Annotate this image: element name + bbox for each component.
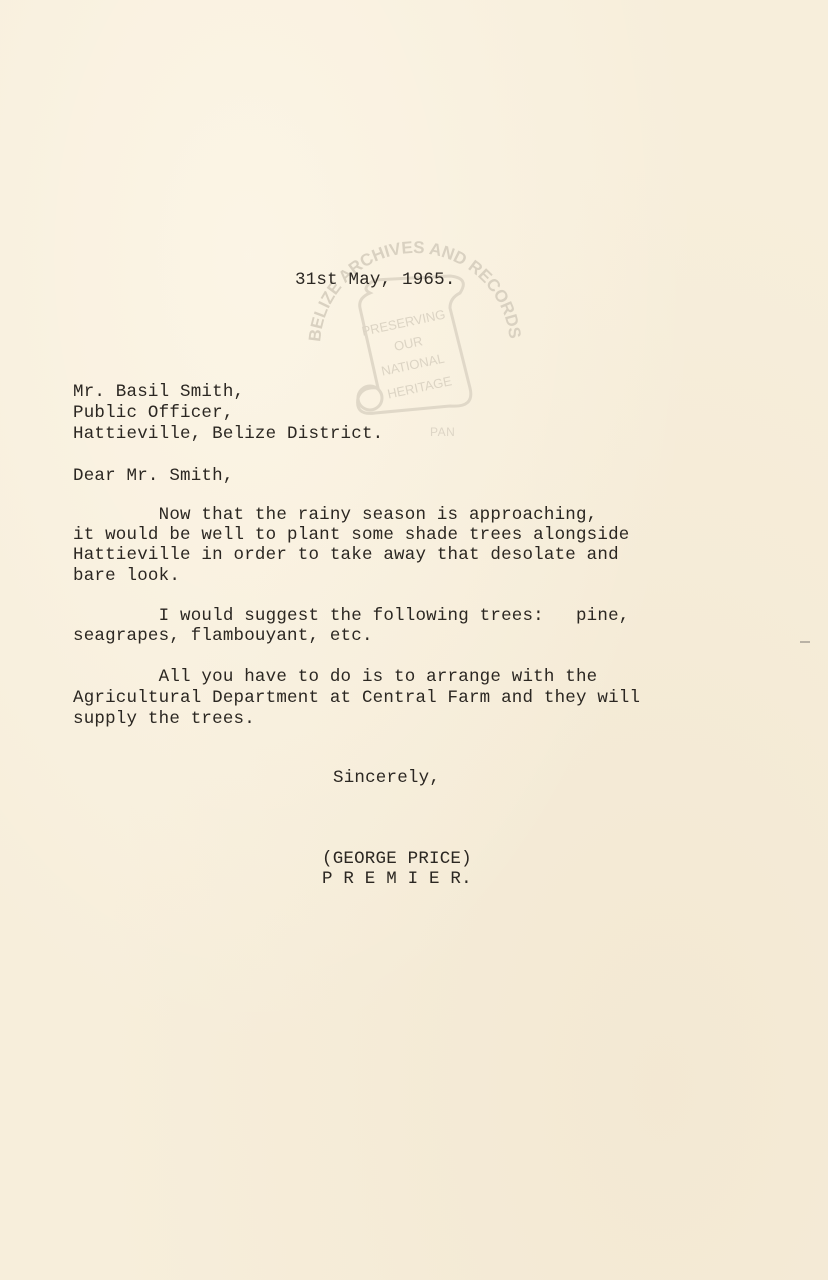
recipient-address: Hattieville, Belize District. [73,424,383,445]
salutation: Dear Mr. Smith, [73,466,234,487]
watermark-fragment: PAN [430,425,455,439]
closing: Sincerely, [333,768,440,789]
paragraph-line: it would be well to plant some shade tre… [73,525,630,546]
letter-date: 31st May, 1965. [295,270,456,291]
signatory-title: P R E M I E R. [322,869,472,890]
paragraph-line: bare look. [73,566,180,587]
paragraph-line: I would suggest the following trees: pin… [73,606,630,627]
paragraph-line: seagrapes, flambouyant, etc. [73,626,373,647]
paragraph-line: All you have to do is to arrange with th… [73,667,597,688]
paragraph-line: Agricultural Department at Central Farm … [73,688,640,709]
margin-mark [800,641,810,643]
signatory-name: (GEORGE PRICE) [322,849,472,870]
paragraph-line: Now that the rainy season is approaching… [73,505,597,526]
recipient-title: Public Officer, [73,403,234,424]
recipient-name: Mr. Basil Smith, [73,382,244,403]
paragraph-line: supply the trees. [73,709,255,730]
paragraph-line: Hattieville in order to take away that d… [73,545,619,566]
